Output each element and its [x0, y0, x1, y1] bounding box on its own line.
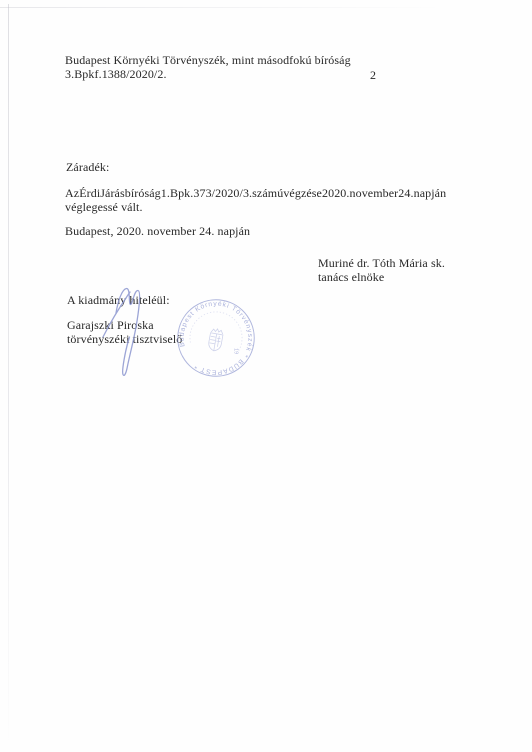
judge-title: tanács elnöke	[318, 271, 445, 285]
stamp-number: 19	[233, 348, 239, 354]
document-page: Budapest Környéki Törvényszék, mint máso…	[0, 0, 532, 752]
handwritten-signature	[93, 281, 155, 383]
date-line: Budapest, 2020. november 24. napján	[65, 225, 250, 239]
judge-block: Muriné dr. Tóth Mária sk. tanács elnöke	[318, 257, 445, 284]
clause-line-1: AzÉrdiJárásbíróság1.Bpk.373/2020/3.számú…	[65, 187, 481, 201]
header-case-number: 3.Bpkf.1388/2020/2.	[65, 68, 167, 82]
signature-svg	[93, 281, 155, 383]
court-stamp-svg: Budapest Környéki Törvényszék * BUDAPEST…	[167, 289, 264, 386]
scan-edge-left	[8, 4, 9, 748]
clause-line-2: véglegessé vált.	[65, 201, 481, 215]
header-court-line: Budapest Környéki Törvényszék, mint máso…	[65, 54, 351, 68]
court-stamp: Budapest Környéki Törvényszék * BUDAPEST…	[167, 289, 264, 386]
scan-edge-top	[0, 7, 526, 8]
judge-name: Muriné dr. Tóth Mária sk.	[318, 257, 445, 271]
clause-paragraph: AzÉrdiJárásbíróság1.Bpk.373/2020/3.számú…	[65, 187, 481, 214]
stamp-coat-of-arms	[208, 328, 224, 352]
clause-heading: Záradék:	[66, 161, 109, 175]
page-number: 2	[370, 69, 376, 83]
signature-strokes	[103, 288, 140, 375]
